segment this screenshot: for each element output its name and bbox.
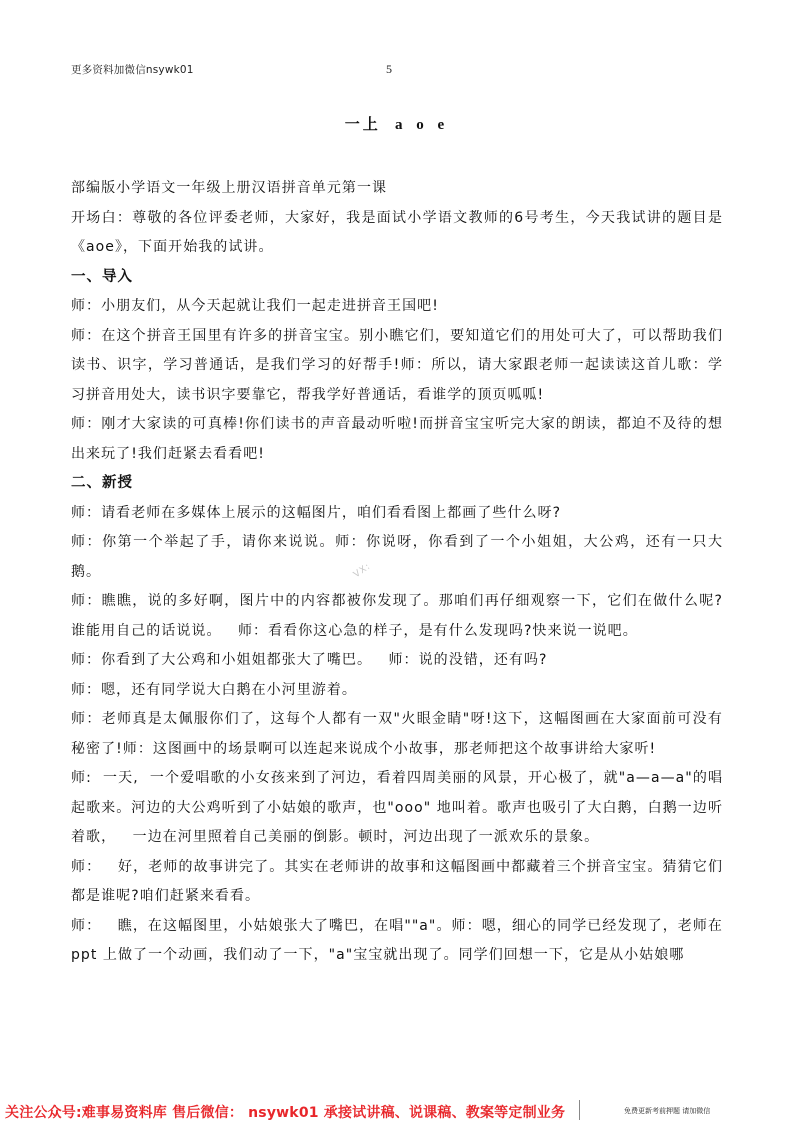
paragraph: 师：请看老师在多媒体上展示的这幅图片，咱们看看图上都画了些什么呀? — [71, 499, 723, 529]
paragraph: 师：你看到了大公鸡和小姐姐都张大了嘴巴。 师：说的没错，还有吗? — [71, 646, 723, 676]
section-heading-intro: 一、导入 — [71, 263, 723, 293]
lesson-subtitle: 部编版小学语文一年级上册汉语拼音单元第一课 — [71, 174, 723, 204]
footer-promo-text: 关注公众号:难事易资料库 售后微信： nsywk01 承接试讲稿、说课稿、教案等… — [5, 1102, 565, 1122]
title-chinese: 一上 — [345, 115, 381, 133]
document-body: 部编版小学语文一年级上册汉语拼音单元第一课 开场白：尊敬的各位评委老师，大家好，… — [71, 174, 723, 971]
paragraph: 师： 好，老师的故事讲完了。其实在老师讲的故事和这幅图画中都藏着三个拼音宝宝。猜… — [71, 853, 723, 912]
section-heading-new-lesson: 二、新授 — [71, 469, 723, 499]
footer-divider — [579, 1100, 580, 1120]
paragraph: 师：嗯，还有同学说大白鹅在小河里游着。 — [71, 676, 723, 706]
footer-side-note: 免费更新考前押题 请加微信 — [624, 1106, 710, 1116]
paragraph: 师：老师真是太佩服你们了，这每个人都有一双"火眼金睛"呀!这下，这幅图画在大家面… — [71, 705, 723, 764]
paragraph: 师： 瞧，在这幅图里，小姑娘张大了嘴巴，在唱""a"。师：嗯，细心的同学已经发现… — [71, 912, 723, 971]
paragraph: 师：小朋友们，从今天起就让我们一起走进拼音王国吧! — [71, 292, 723, 322]
opening-remarks: 开场白：尊敬的各位评委老师，大家好，我是面试小学语文教师的6号考生，今天我试讲的… — [71, 204, 723, 263]
paragraph: 师：瞧瞧，说的多好啊，图片中的内容都被你发现了。那咱们再仔细观察一下，它们在做什… — [71, 587, 723, 646]
paragraph: 师：在这个拼音王国里有许多的拼音宝宝。别小瞧它们，要知道它们的用处可大了，可以帮… — [71, 322, 723, 411]
footer-banner: 关注公众号:难事易资料库 售后微信： nsywk01 承接试讲稿、说课稿、教案等… — [0, 1098, 794, 1122]
paragraph: 师: 一天, 一个爱唱歌的小女孩来到了河边，看着四周美丽的风景，开心极了，就"a… — [71, 764, 723, 853]
paragraph: 师：你第一个举起了手，请你来说说。师：你说呀，你看到了一个小姐姐，大公鸡，还有一… — [71, 528, 723, 587]
paragraph: 师：刚才大家读的可真棒!你们读书的声音最动听啦!而拼音宝宝听完大家的朗读，都迫不… — [71, 410, 723, 469]
page-number: 5 — [386, 62, 392, 77]
header-note: 更多资料加微信nsywk01 — [71, 62, 194, 77]
document-title: 一上 a o e — [0, 113, 794, 134]
title-pinyin: a o e — [395, 117, 449, 133]
